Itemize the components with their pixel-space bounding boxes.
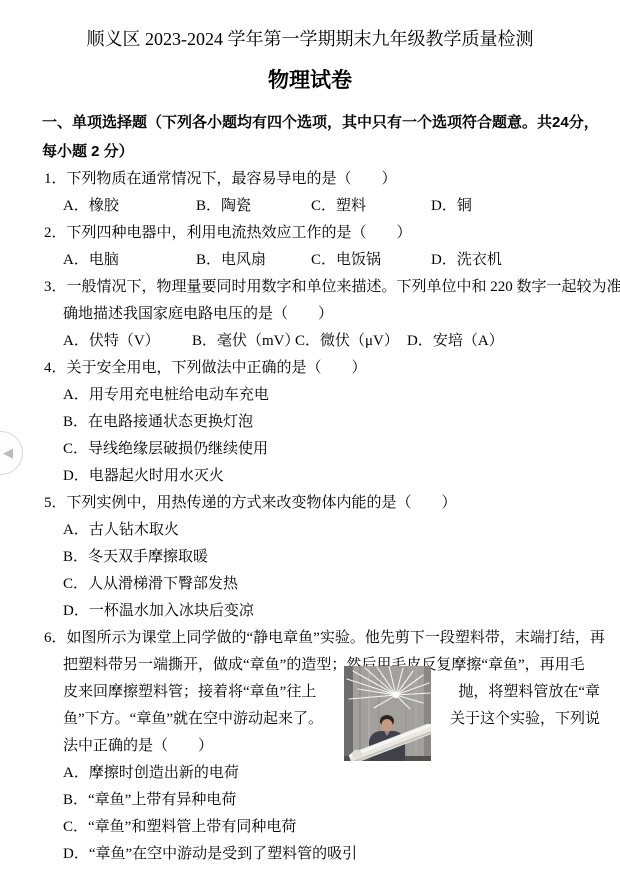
question-5: 5．下列实例中，用热传递的方式来改变物体内能的是（ ） A．古人钻木取火 B．冬… [0,490,620,625]
option-d: D．洗衣机 [431,247,502,274]
wrap-left-text: 皮来回摩擦塑料管；接着将“章鱼”往上 [63,679,316,706]
option-c: C．人从滑梯滑下臀部发热 [44,571,600,598]
option-b: B．毫伏（mV） [192,328,295,355]
question-3-stem-continued: 确地描述我国家庭电路电压的是（ ） [44,301,600,328]
section-heading-line: 每小题 2 分） [42,137,606,166]
option-c: C．微伏（μV） [295,328,407,355]
section-heading: 一、单项选择题（下列各小题均有四个选项，其中只有一个选项符合题意。共24分， 每… [0,108,620,166]
question-3-options: A．伏特（V） B．毫伏（mV） C．微伏（μV） D．安培（A） [44,328,600,355]
option-a: A．电脑 [63,247,196,274]
question-6-stem-continued: 法中正确的是（ ） [44,733,600,760]
wrap-left-text: 鱼”下方。“章鱼”就在空中游动起来了。 [63,706,323,733]
question-1-options: A．橡胶 B．陶瓷 C．塑料 D．铜 [44,193,600,220]
section-heading-line: 一、单项选择题（下列各小题均有四个选项，其中只有一个选项符合题意。共24分， [42,108,606,137]
option-a: A．橡胶 [63,193,196,220]
question-4-stem: 4．关于安全用电，下列做法中正确的是（ ） [44,355,600,382]
question-2-stem: 2．下列四种电器中，利用电流热效应工作的是（ ） [44,220,600,247]
chevron-left-icon: ◀ [3,447,13,460]
option-a: A．伏特（V） [63,328,192,355]
option-d: D．一杯温水加入冰块后变凉 [44,598,600,625]
option-c: C．塑料 [311,193,431,220]
question-4: 4．关于安全用电，下列做法中正确的是（ ） A．用专用充电桩给电动车充电 B．在… [0,355,620,490]
option-a: A．用专用充电桩给电动车充电 [44,382,600,409]
question-3: 3．一般情况下，物理量要同时用数字和单位来描述。下列单位中和 220 数字一起较… [0,274,620,355]
option-d: D．铜 [431,193,472,220]
option-b: B．电风扇 [196,247,311,274]
question-2: 2．下列四种电器中，利用电流热效应工作的是（ ） A．电脑 B．电风扇 C．电饭… [0,220,620,274]
option-b: B．陶瓷 [196,193,311,220]
question-3-stem: 3．一般情况下，物理量要同时用数字和单位来描述。下列单位中和 220 数字一起较… [44,274,600,301]
option-b: B．在电路接通状态更换灯泡 [44,409,600,436]
static-octopus-photo-graphic [344,666,431,761]
question-6-stem-continued: 把塑料带另一端撕开，做成“章鱼”的造型；然后用毛皮反复摩擦“章鱼”，再用毛 [44,652,600,679]
question-5-stem: 5．下列实例中，用热传递的方式来改变物体内能的是（ ） [44,490,600,517]
option-d: D．安培（A） [407,328,504,355]
option-c: C．导线绝缘层破损仍继续使用 [44,436,600,463]
question-6-wrap-row: 皮来回摩擦塑料管；接着将“章鱼”往上 抛，将塑料管放在“章 [44,679,600,706]
paper-subtitle: 物理试卷 [0,64,620,96]
question-2-options: A．电脑 B．电风扇 C．电饭锅 D．洗衣机 [44,247,600,274]
question-6: 6．如图所示为课堂上同学做的“静电章鱼”实验。他先剪下一段塑料带，末端打结，再 … [0,625,620,868]
option-b: B．冬天双手摩擦取暖 [44,544,600,571]
option-c: C．电饭锅 [311,247,431,274]
option-d: D．“章鱼”在空中游动是受到了塑料管的吸引 [44,841,600,868]
question-6-stem: 6．如图所示为课堂上同学做的“静电章鱼”实验。他先剪下一段塑料带，末端打结，再 [44,625,600,652]
option-c: C．“章鱼”和塑料管上带有同种电荷 [44,814,600,841]
question-6-wrap-row: 鱼”下方。“章鱼”就在空中游动起来了。 关于这个实验，下列说 [44,706,600,733]
option-a: A．古人钻木取火 [44,517,600,544]
wrap-right-text: 关于这个实验，下列说 [450,706,600,733]
option-d: D．电器起火时用水灭火 [44,463,600,490]
option-b: B．“章鱼”上带有异种电荷 [44,787,600,814]
exam-paper-page: 顺义区 2023-2024 学年第一学期期末九年级教学质量检测 物理试卷 一、单… [0,26,620,868]
question-1: 1．下列物质在通常情况下，最容易导电的是（ ） A．橡胶 B．陶瓷 C．塑料 D… [0,166,620,220]
static-octopus-experiment-photo [344,666,431,761]
question-1-stem: 1．下列物质在通常情况下，最容易导电的是（ ） [44,166,600,193]
paper-title: 顺义区 2023-2024 学年第一学期期末九年级教学质量检测 [10,26,610,52]
wrap-right-text: 抛，将塑料管放在“章 [458,679,600,706]
option-a: A．摩擦时创造出新的电荷 [44,760,600,787]
